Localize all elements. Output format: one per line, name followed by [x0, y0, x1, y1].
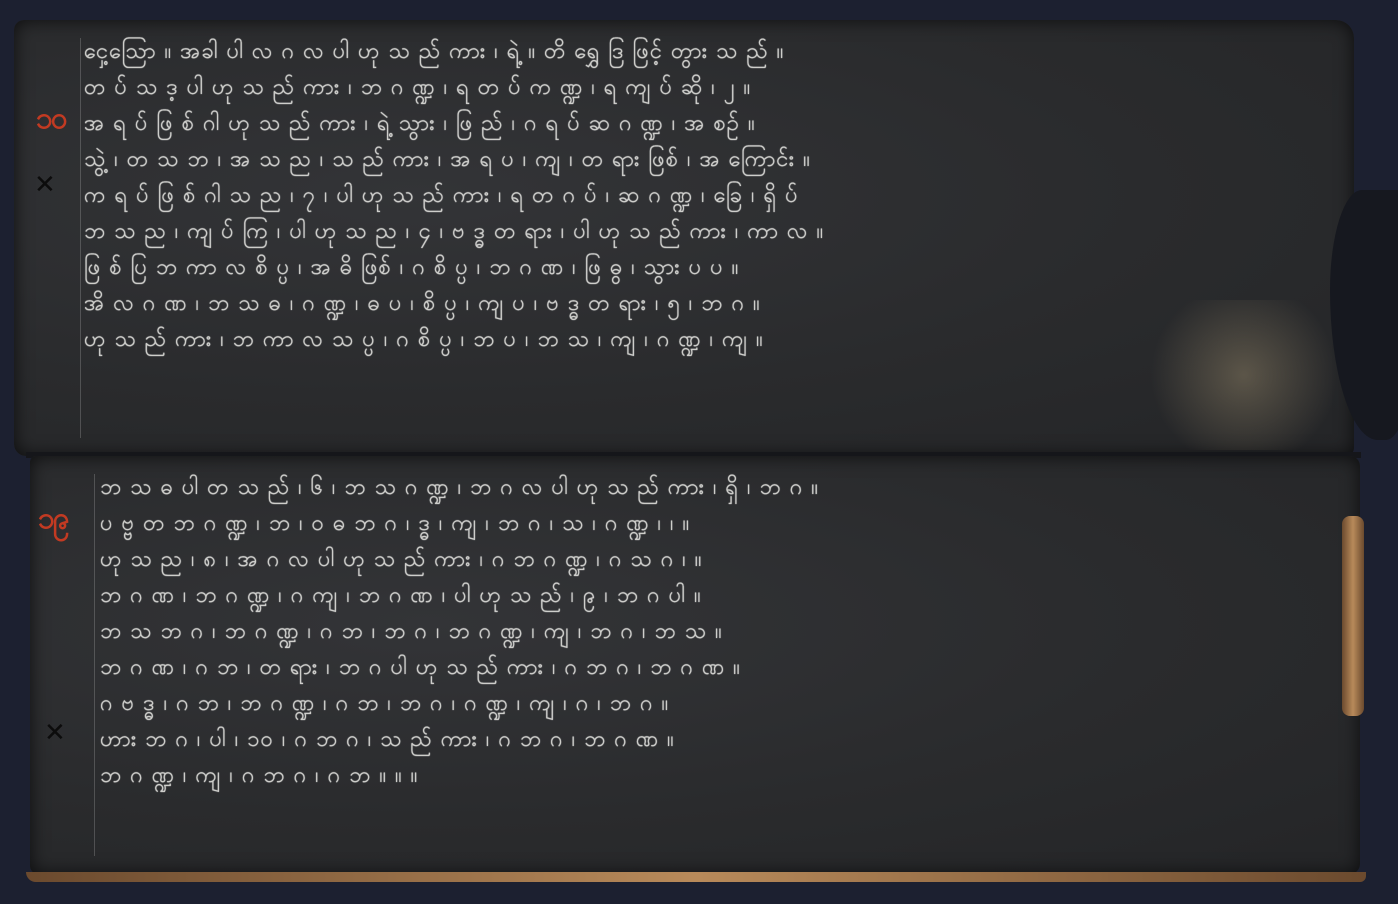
script-line: အ ရ ပ် ဖြ စ် ဂါ ဟု သ ည် ကား ၊ ရဲ့ သွား ၊…	[84, 106, 1334, 142]
script-line: ဘ ဂ ဏ ၊ ဂ ဘ ၊ တ ရား ၊ ဘ ဂ ပါ ဟု သ ည် ကား…	[100, 650, 1340, 686]
script-line: ဟု သ ည ၊ ၈ ၊ အ ဂ လ ပါ ဟု သ ည် ကား ၊ ဂ ဘ …	[100, 542, 1340, 578]
script-line: ဘ ဂ ဏ္ဍ ၊ ကျ ၊ ဂ ဘ ဂ ၊ ဂ ဘ ။ ။ ။	[100, 758, 1340, 794]
manuscript-page-top: ၁၀ ✕ ငှေ့သြော ။ အခါ ပါ လ ဂ လ ပါ ဟု သ ည် …	[14, 20, 1354, 456]
script-line: ဘ သ ည ၊ ကျ ပ် ကြ ၊ ပါ ဟု သ ည ၊ ၄ ၊ ဗ ဒ္ဓ…	[84, 214, 1334, 250]
book-edge	[26, 872, 1366, 882]
script-line: ဂ ဗ ဒ္ဓ ၊ ဂ ဘ ၊ ဘ ဂ ဏ္ဍ ၊ ဂ ဘ ၊ ဘ ဂ ၊ ဂ …	[100, 686, 1340, 722]
script-line: သွဲ့ ၊ တ သ ဘ ၊ အ သ ည ၊ သ ည် ကား ၊ အ ရ ပ …	[84, 142, 1334, 178]
worn-area	[1134, 300, 1354, 450]
torn-edge	[1342, 516, 1364, 716]
script-lines-bottom: ဘ သ ဓ ပါ တ သ ည် ၊ ၆ ၊ ဘ သ ဂ ဏ္ဍ ၊ ဘ ဂ လ …	[100, 470, 1340, 794]
script-line: တ ပ် သ ဒ့ ပါ ဟု သ ည် ကား ၊ ဘ ဂ ဏ္ဍ ၊ ရ တ…	[84, 70, 1334, 106]
margin-ink-mark: ✕	[34, 170, 56, 200]
script-line: ဟား ဘ ဂ ၊ ပါ ၊ ၁၀ ၊ ဂ ဘ ဂ ၊ သ ည် ကား ၊ ဂ…	[100, 722, 1340, 758]
margin-ink-mark: ✕	[44, 718, 66, 748]
folio-number-bottom: ၁၉	[38, 498, 68, 543]
script-line: ဘ သ ဘ ဂ ၊ ဘ ဂ ဏ္ဍ ၊ ဂ ဘ ၊ ဘ ဂ ၊ ဘ ဂ ဏ္ဍ …	[100, 614, 1340, 650]
script-line: ဘ သ ဓ ပါ တ သ ည် ၊ ၆ ၊ ဘ သ ဂ ဏ္ဍ ၊ ဘ ဂ လ …	[100, 470, 1340, 506]
script-line: ပ ဗ္ဗ တ ဘ ဂ ဏ္ဍ ၊ ဘ ၊ ဝ ဓ ဘ ဂ ၊ ဒ္ဓ ၊ ကျ…	[100, 506, 1340, 542]
margin-rule	[94, 474, 95, 856]
script-line: ဖြ စ် ပြ ဘ ကာ လ စိ ပ္ပ ၊ အ ဓိ ဖြစ် ၊ ဂ စ…	[84, 250, 1334, 286]
script-line: ငှေ့သြော ။ အခါ ပါ လ ဂ လ ပါ ဟု သ ည် ကား ၊…	[84, 34, 1334, 70]
script-line: က ရ ပ် ဖြ စ် ဂါ သ ည ၊ ၇ ၊ ပါ ဟု သ ည် ကား…	[84, 178, 1334, 214]
script-line: ဘ ဂ ဏ ၊ ဘ ဂ ဏ္ဍ ၊ ဂ ကျ ၊ ဘ ဂ ဏ ၊ ပါ ဟု သ…	[100, 578, 1340, 614]
folio-number-top: ၁၀	[36, 98, 66, 143]
manuscript-page-bottom: ၁၉ ✕ ဘ သ ဓ ပါ တ သ ည် ၊ ၆ ၊ ဘ သ ဂ ဏ္ဍ ၊ ဘ…	[30, 456, 1360, 874]
margin-rule	[80, 38, 81, 438]
